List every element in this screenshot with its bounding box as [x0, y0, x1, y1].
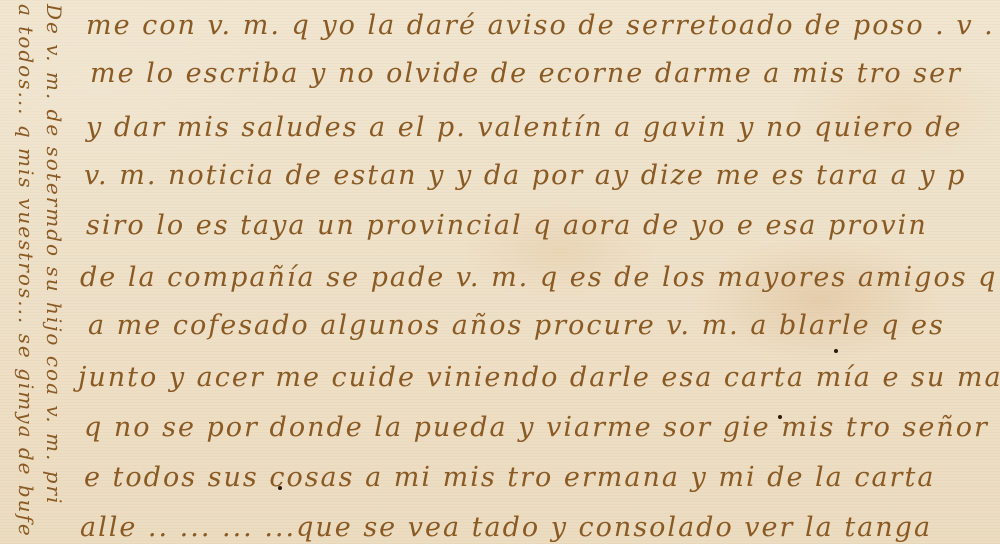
manuscript-page: me con v. m. q yo la daré aviso de serre…: [0, 0, 1000, 544]
manuscript-line-5: siro lo es taya un provincial q aora de …: [86, 210, 928, 241]
manuscript-line-4: v. m. noticia de estan y y da por ay diz…: [84, 160, 966, 191]
manuscript-line-9: q no se por donde la pueda y viarme sor …: [84, 412, 1000, 443]
manuscript-line-1: me con v. m. q yo la daré aviso de serre…: [86, 10, 1000, 41]
manuscript-line-6: de la compañía se pade v. m. q es de los…: [80, 262, 1000, 293]
margin-annotation-outer: a todos... q mis vuestros... se gimya de…: [14, 4, 38, 538]
manuscript-line-11: alle .. ... ... ...que se vea tado y con…: [80, 512, 932, 543]
manuscript-line-10: e todos sus cosas a mi mis tro ermana y …: [84, 462, 935, 493]
manuscript-line-2: me lo escriba y no olvide de ecorne darm…: [90, 58, 962, 89]
manuscript-line-8: junto y acer me cuide viniendo darle esa…: [78, 362, 1000, 393]
margin-annotation-inner: De v. m. de sotermdo su hijo coa v. m. p…: [42, 4, 66, 505]
ink-spot: [834, 349, 838, 353]
ink-spot: [278, 486, 282, 490]
manuscript-line-3: y dar mis saludes a el p. valentín a gav…: [86, 112, 962, 143]
manuscript-line-7: a me cofesado algunos años procure v. m.…: [88, 310, 945, 341]
ink-spot: [778, 415, 782, 419]
